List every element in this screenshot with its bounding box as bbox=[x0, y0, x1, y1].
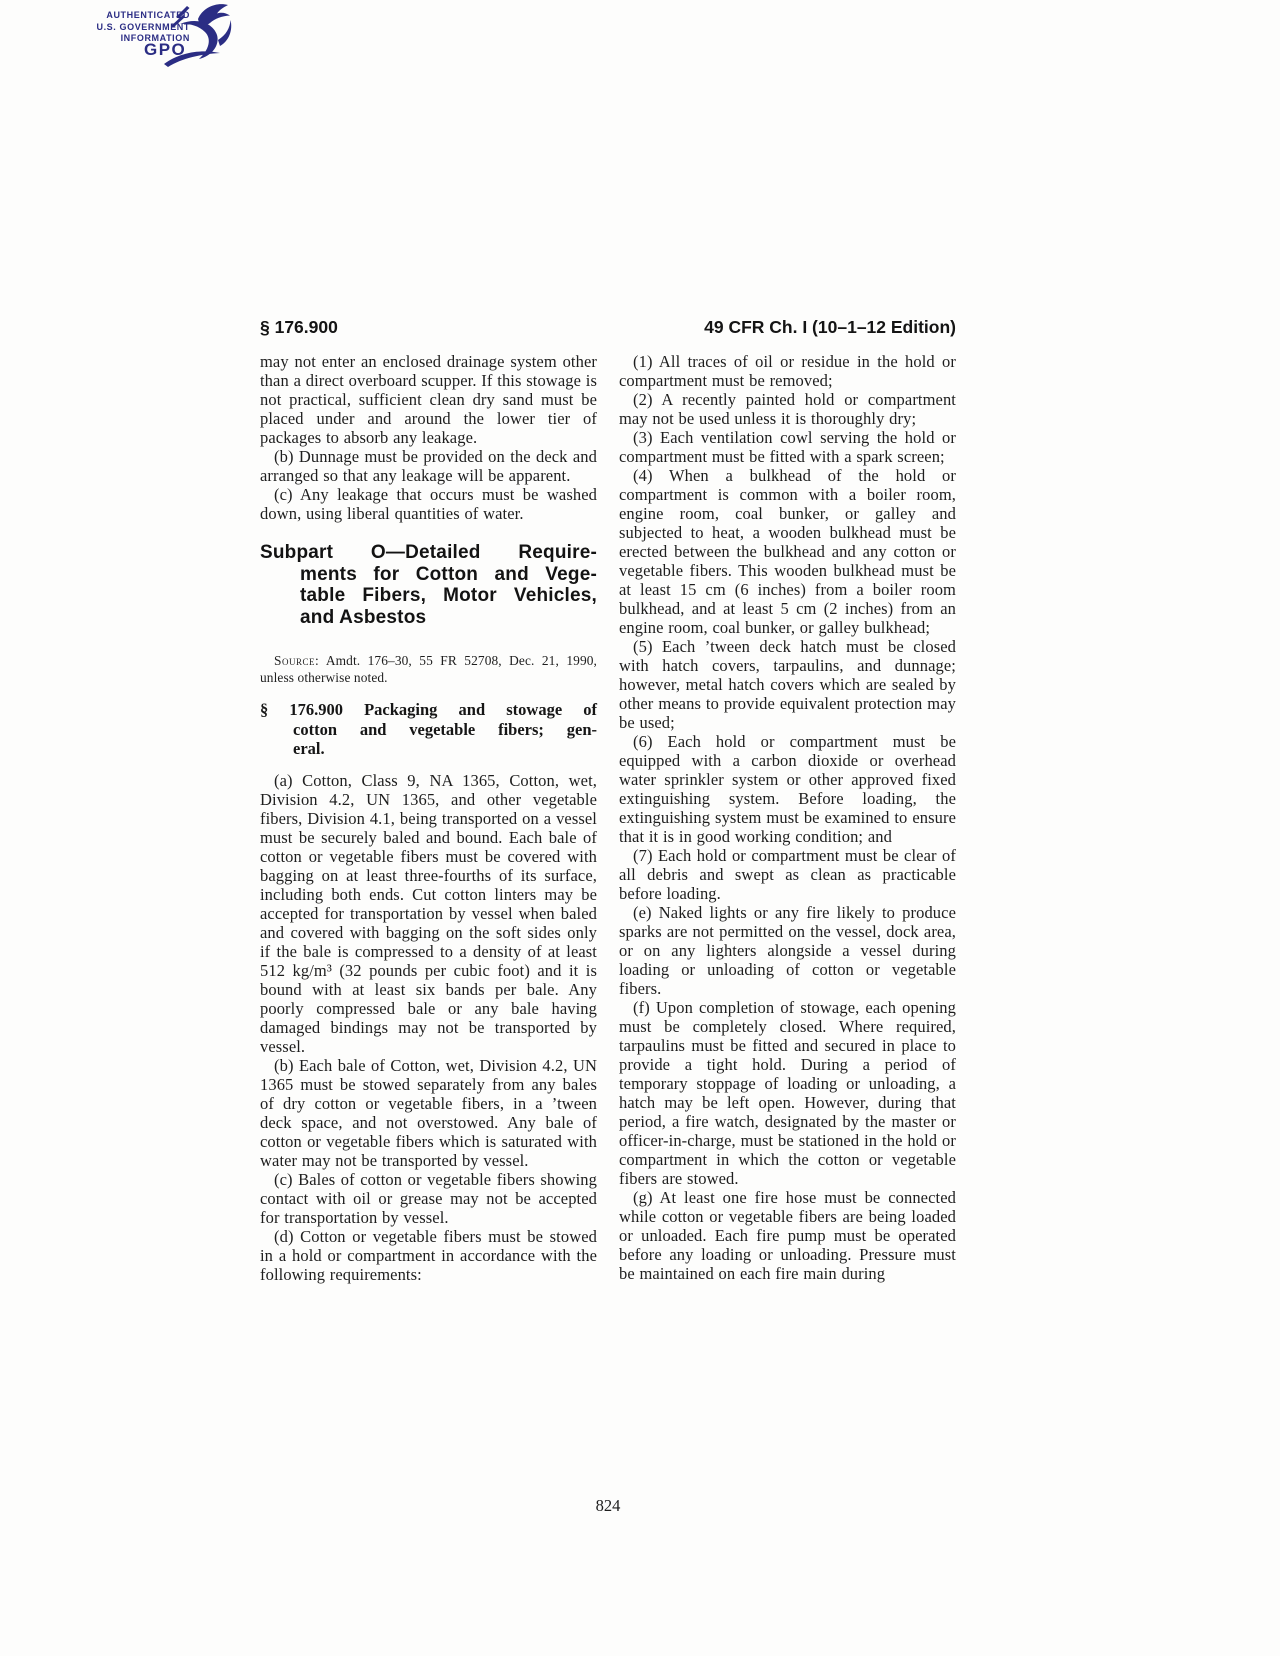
gpo-logo: AUTHENTICATEDU.S. GOVERNMENTINFORMATION … bbox=[88, 2, 248, 72]
paragraph-1: (2) A recently painted hold or compartme… bbox=[619, 390, 956, 428]
paragraph-4: (5) Each ’tween deck hatch must be close… bbox=[619, 637, 956, 732]
paragraph-8: (f) Upon completion of stowage, each ope… bbox=[619, 998, 956, 1188]
subpart-heading-line-3: and Asbestos bbox=[300, 607, 597, 629]
left-column-intro: may not enter an enclosed drainage syste… bbox=[260, 352, 597, 523]
header-edition: 49 CFR Ch. I (10–1–12 Edition) bbox=[704, 316, 956, 338]
subpart-heading-line-1: ments for Cotton and Vege- bbox=[300, 564, 597, 586]
paragraph-3: (d) Cotton or vegetable fibers must be s… bbox=[260, 1227, 597, 1284]
document-page: { "logo": { "lines": ["AUTHENTICATED", "… bbox=[0, 0, 1280, 1656]
paragraph-1: (b) Dunnage must be provided on the deck… bbox=[260, 447, 597, 485]
source-label: Source: bbox=[274, 653, 319, 668]
section-heading-line-2: eral. bbox=[293, 739, 597, 759]
paragraph-2: (3) Each ventilation cowl serving the ho… bbox=[619, 428, 956, 466]
paragraph-5: (6) Each hold or compartment must be equ… bbox=[619, 732, 956, 846]
paragraph-0: may not enter an enclosed drainage syste… bbox=[260, 352, 597, 447]
paragraph-7: (e) Naked lights or any fire likely to p… bbox=[619, 903, 956, 998]
page-content: § 176.900 49 CFR Ch. I (10–1–12 Edition)… bbox=[260, 316, 956, 1284]
header-section-number: § 176.900 bbox=[260, 316, 338, 338]
running-header: § 176.900 49 CFR Ch. I (10–1–12 Edition) bbox=[260, 316, 956, 338]
right-column: (1) All traces of oil or residue in the … bbox=[619, 352, 956, 1284]
left-column-body: (a) Cotton, Class 9, NA 1365, Cotton, we… bbox=[260, 771, 597, 1284]
section-heading: § 176.900 Packaging and stowage ofcotton… bbox=[260, 700, 597, 759]
source-note: Source: Amdt. 176–30, 55 FR 52708, Dec. … bbox=[260, 653, 597, 686]
paragraph-2: (c) Bales of cotton or vegetable fibers … bbox=[260, 1170, 597, 1227]
paragraph-2: (c) Any leakage that occurs must be wash… bbox=[260, 485, 597, 523]
paragraph-6: (7) Each hold or compartment must be cle… bbox=[619, 846, 956, 903]
section-heading-line-0: § 176.900 Packaging and stowage of bbox=[260, 700, 597, 720]
gpo-eagle-icon bbox=[164, 2, 236, 73]
left-column: may not enter an enclosed drainage syste… bbox=[260, 352, 597, 1284]
paragraph-3: (4) When a bulkhead of the hold or compa… bbox=[619, 466, 956, 637]
paragraph-0: (1) All traces of oil or residue in the … bbox=[619, 352, 956, 390]
page-number: 824 bbox=[260, 1496, 956, 1516]
two-column-text: may not enter an enclosed drainage syste… bbox=[260, 352, 956, 1284]
paragraph-9: (g) At least one fire hose must be conne… bbox=[619, 1188, 956, 1283]
section-heading-line-1: cotton and vegetable fibers; gen- bbox=[293, 720, 597, 740]
subpart-heading: Subpart O—Detailed Require-ments for Cot… bbox=[260, 542, 597, 628]
paragraph-1: (b) Each bale of Cotton, wet, Division 4… bbox=[260, 1056, 597, 1170]
subpart-heading-line-2: table Fibers, Motor Vehicles, bbox=[300, 585, 597, 607]
paragraph-0: (a) Cotton, Class 9, NA 1365, Cotton, we… bbox=[260, 771, 597, 1056]
subpart-heading-line-0: Subpart O—Detailed Require- bbox=[260, 542, 597, 564]
right-column-body: (1) All traces of oil or residue in the … bbox=[619, 352, 956, 1283]
